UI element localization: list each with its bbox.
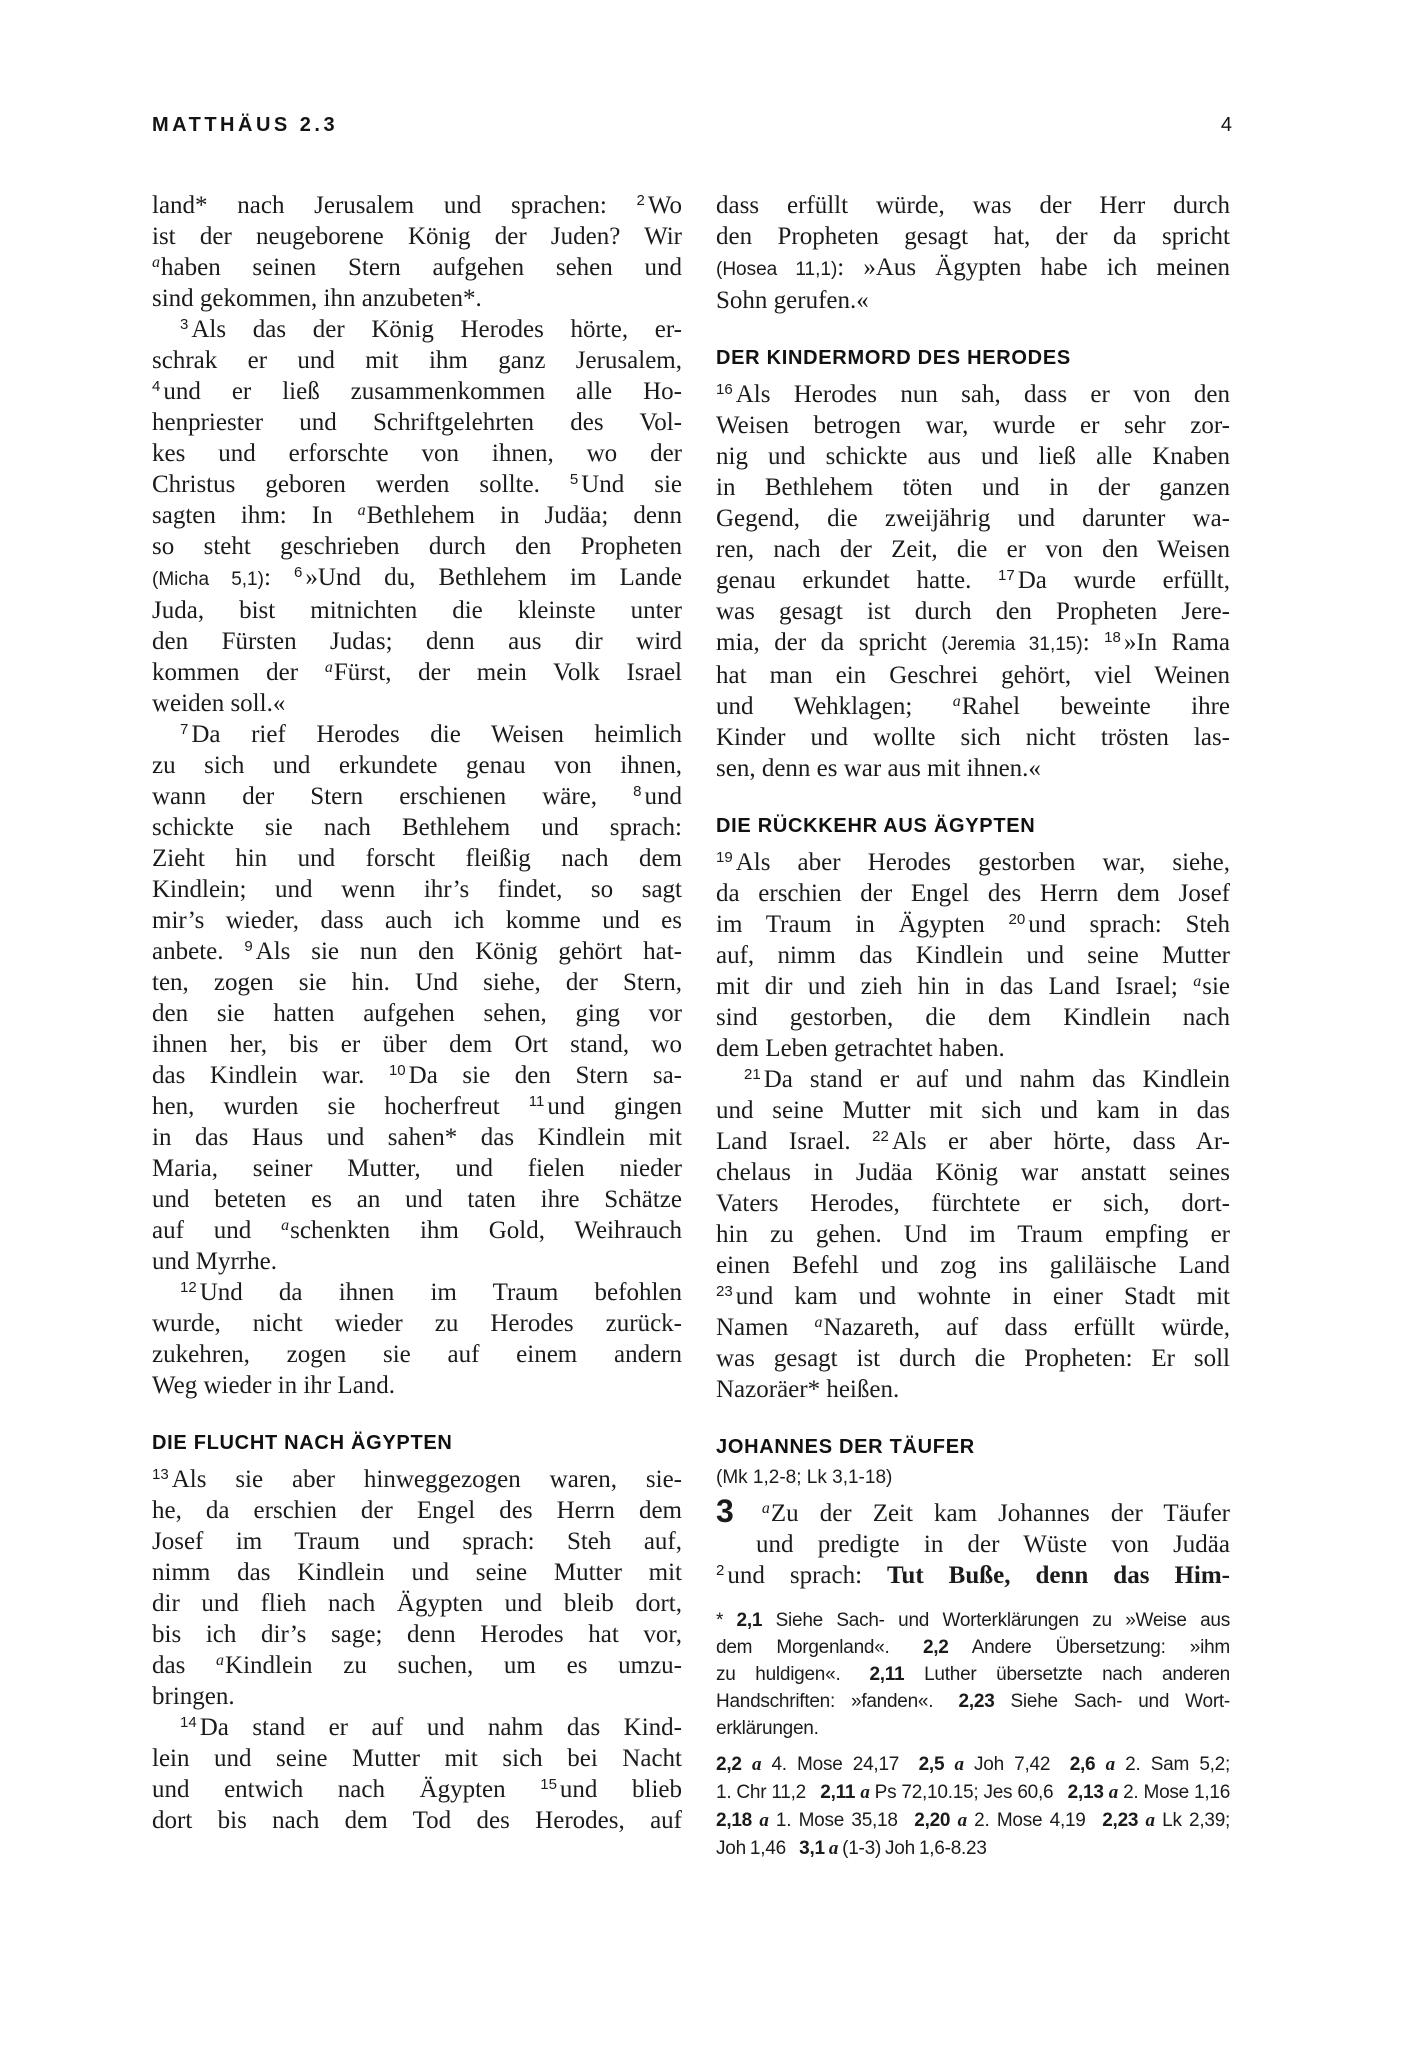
right-column: dass erfüllt würde, was der Herr durchde…	[716, 190, 1230, 1863]
text-line: da erschien der Engel des Herrn dem Jose…	[716, 878, 1230, 909]
text-line: dass erfüllt würde, was der Herr durch	[716, 190, 1230, 221]
scripture-reference: (Jeremia 31,15)	[941, 634, 1082, 655]
text-line: Namen aNazareth, auf dass erfüllt würde,	[716, 1312, 1230, 1343]
text-line: 7Da rief Herodes die Weisen heimlich	[152, 719, 682, 750]
text-line: zu huldigen«. 2,11 Luther übersetzte nac…	[716, 1661, 1230, 1688]
crossref-letter: a	[955, 1754, 964, 1775]
text-line: und Myrrhe.	[152, 1246, 682, 1277]
text-line: auf und aschenkten ihm Gold, Weihrauch	[152, 1215, 682, 1246]
text-line: Zieht hin und forscht fleißig nach dem	[152, 843, 682, 874]
text-line: Land Israel. 22Als er aber hörte, dass A…	[716, 1126, 1230, 1157]
text-line: ten, zogen sie hin. Und siehe, der Stern…	[152, 967, 682, 998]
text-line: hat man ein Geschrei gehört, viel Weinen	[716, 660, 1230, 691]
footnotes-block: * 2,1 Siehe Sach- und Worterklärungen zu…	[716, 1607, 1230, 1742]
verse-number: 6	[294, 564, 302, 581]
verse-number: 14	[180, 1714, 197, 1731]
crossref-letter: a	[958, 1810, 967, 1831]
text-line: ahaben seinen Stern aufgehen sehen und	[152, 252, 682, 283]
verse-number: 12	[180, 1279, 197, 1296]
section-heading: DIE RÜCKKEHR AUS ÄGYPTEN	[716, 814, 1230, 838]
text-line: den Propheten gesagt hat, der da spricht	[716, 221, 1230, 252]
text-line: mir’s wieder, dass auch ich komme und es	[152, 905, 682, 936]
text-line: kommen der aFürst, der mein Volk Israel	[152, 657, 682, 688]
verse-number: 10	[389, 1062, 406, 1079]
text-line: dir und flieh nach Ägypten und bleib dor…	[152, 1588, 682, 1619]
text-line: 23und kam und wohnte in einer Stadt mit	[716, 1281, 1230, 1312]
text-line: ren, nach der Zeit, die er von den Weise…	[716, 534, 1230, 565]
crossref-letter: a	[759, 1810, 768, 1831]
text-line: den sie hatten aufgehen sehen, ging vor	[152, 998, 682, 1029]
crossref-letter: a	[1146, 1810, 1155, 1831]
text-line: Sohn gerufen.«	[716, 285, 1230, 316]
crossref-letter: a	[325, 659, 333, 676]
verse-number: 16	[716, 381, 733, 398]
text-line: dem Leben getrachtet haben.	[716, 1033, 1230, 1064]
text-line: 3Als das der König Herodes hörte, er-	[152, 314, 682, 345]
text-line: * 2,1 Siehe Sach- und Worterklärungen zu…	[716, 1607, 1230, 1634]
text-line: 4und er ließ zusammenkommen alle Ho-	[152, 376, 682, 407]
text-line: nimm das Kindlein und seine Mutter mit	[152, 1557, 682, 1588]
verse-paragraph: 14Da stand er auf und nahm das Kind-lein…	[152, 1712, 682, 1836]
section-heading: DIE FLUCHT NACH ÄGYPTEN	[152, 1431, 682, 1455]
verse-paragraph: 16Als Herodes nun sah, dass er von denWe…	[716, 379, 1230, 784]
chapter-paragraph: 3 aZu der Zeit kam Johannes der Täuferun…	[716, 1498, 1230, 1591]
verse-paragraph: 13Als sie aber hinweggezogen waren, sie-…	[152, 1464, 682, 1712]
text-line: und predigte in der Wüste von Judäa	[716, 1529, 1230, 1560]
verse-number: 20	[1009, 911, 1026, 928]
text-line: henpriester und Schriftgelehrten des Vol…	[152, 407, 682, 438]
text-line: bis ich dir’s sage; denn Herodes hat vor…	[152, 1619, 682, 1650]
verse-number: 2	[637, 192, 645, 209]
text-line: den Fürsten Judas; denn aus dir wird	[152, 626, 682, 657]
text-line: anbete. 9Als sie nun den König gehört ha…	[152, 936, 682, 967]
text-line: hin zu gehen. Und im Traum empfing er	[716, 1219, 1230, 1250]
verse-number: 23	[716, 1283, 733, 1300]
crossref-letter: a	[152, 254, 160, 271]
text-line: chelaus in Judäa König war anstatt seine…	[716, 1157, 1230, 1188]
crossref-letter: a	[358, 502, 366, 519]
page-number: 4	[1221, 112, 1232, 138]
verse-number: 19	[716, 849, 733, 866]
text-line: land* nach Jerusalem und sprachen: 2Wo	[152, 190, 682, 221]
verse-number: 18	[1104, 629, 1121, 646]
crossref-letter: a	[815, 1314, 823, 1331]
running-head: MATTHÄUS 2.3	[152, 112, 338, 138]
text-line: 1. Chr 11,2 2,11 a Ps 72,10.15; Jes 60,6…	[716, 1779, 1230, 1807]
text-line: kes und erforschte von ihnen, wo der	[152, 438, 682, 469]
text-line: einen Befehl und zog ins galiläische Lan…	[716, 1250, 1230, 1281]
scripture-reference: (Micha 5,1)	[152, 569, 264, 590]
text-line: genau erkundet hatte. 17Da wurde erfüllt…	[716, 565, 1230, 596]
text-line: was gesagt ist durch die Propheten: Er s…	[716, 1343, 1230, 1374]
text-line: 3 aZu der Zeit kam Johannes der Täufer	[716, 1498, 1230, 1529]
left-column: land* nach Jerusalem und sprachen: 2Wois…	[152, 190, 682, 1863]
verse-paragraph: 7Da rief Herodes die Weisen heimlichzu s…	[152, 719, 682, 1277]
text-line: Kindlein; und wenn ihr’s findet, so sagt	[152, 874, 682, 905]
text-line: sind gestorben, die dem Kindlein nach	[716, 1002, 1230, 1033]
verse-number: 13	[152, 1466, 169, 1483]
text-line: 2,2 a 4. Mose 24,17 2,5 a Joh 7,42 2,6 a…	[716, 1751, 1230, 1779]
verse-number: 22	[872, 1128, 889, 1145]
crossref-letter: a	[752, 1754, 761, 1775]
text-line: zu sich und erkundete genau von ihnen,	[152, 750, 682, 781]
text-line: mia, der da spricht (Jeremia 31,15): 18»…	[716, 627, 1230, 660]
text-line: wann der Stern erschienen wäre, 8und	[152, 781, 682, 812]
verse-number: 17	[998, 567, 1015, 584]
text-line: Gegend, die zweijährig und darunter wa-	[716, 503, 1230, 534]
text-line: schickte sie nach Bethlehem und sprach:	[152, 812, 682, 843]
text-line: Christus geboren werden sollte. 5Und sie	[152, 469, 682, 500]
text-line: sagten ihm: In aBethlehem in Judäa; denn	[152, 500, 682, 531]
text-line: ihnen her, bis er über dem Ort stand, wo	[152, 1029, 682, 1060]
crossref-letter: a	[1193, 973, 1201, 990]
text-line: und entwich nach Ägypten 15und blieb	[152, 1774, 682, 1805]
parallel-passages: (Mk 1,2-8; Lk 3,1-18)	[716, 1466, 1230, 1490]
text-line: (Micha 5,1): 6»Und du, Bethlehem im Land…	[152, 562, 682, 595]
text-line: Josef im Traum und sprach: Steh auf,	[152, 1526, 682, 1557]
verse-number: 21	[744, 1066, 761, 1083]
scripture-reference: (Hosea 11,1)	[716, 259, 837, 280]
cross-references-block: 2,2 a 4. Mose 24,17 2,5 a Joh 7,42 2,6 a…	[716, 1751, 1230, 1863]
text-line: dem Morgenland«. 2,2 Andere Übersetzung:…	[716, 1634, 1230, 1661]
text-line: ist der neugeborene König der Juden? Wir	[152, 221, 682, 252]
text-line: das aKindlein zu suchen, um es umzu-	[152, 1650, 682, 1681]
crossref-letter: a	[860, 1782, 869, 1803]
crossref-letter: a	[216, 1652, 224, 1669]
text-line: weiden soll.«	[152, 688, 682, 719]
text-line: 21Da stand er auf und nahm das Kindlein	[716, 1064, 1230, 1095]
crossref-letter: a	[829, 1838, 838, 1859]
text-line: hen, wurden sie hocherfreut 11und gingen	[152, 1091, 682, 1122]
crossref-letter: a	[1109, 1782, 1118, 1803]
text-line: was gesagt ist durch den Propheten Jere-	[716, 596, 1230, 627]
text-line: in das Haus und sahen* das Kindlein mit	[152, 1122, 682, 1153]
crossref-letter: a	[281, 1217, 289, 1234]
text-line: 13Als sie aber hinweggezogen waren, sie-	[152, 1464, 682, 1495]
text-line: sen, denn es war aus mit ihnen.«	[716, 753, 1230, 784]
crossref-letter: a	[1106, 1754, 1115, 1775]
crossref-letter: a	[953, 693, 961, 710]
section-heading: JOHANNES DER TÄUFER	[716, 1435, 1230, 1459]
page-header: MATTHÄUS 2.3 4	[152, 112, 1232, 138]
chapter-number: 3	[716, 1493, 734, 1529]
verse-paragraph: 3Als das der König Herodes hörte, er-sch…	[152, 314, 682, 719]
text-line: Juda, bist mitnichten die kleinste unter	[152, 595, 682, 626]
text-line: Kinder und wollte sich nicht trösten las…	[716, 722, 1230, 753]
text-line: he, da erschien der Engel des Herrn dem	[152, 1495, 682, 1526]
verse-number: 4	[152, 378, 160, 395]
verse-number: 7	[180, 721, 188, 738]
text-line: mit dir und zieh hin in das Land Israel;…	[716, 971, 1230, 1002]
text-line: Handschriften: »fanden«. 2,23 Siehe Sach…	[716, 1688, 1230, 1715]
text-line: nig und schickte aus und ließ alle Knabe…	[716, 441, 1230, 472]
verse-paragraph: 12Und da ihnen im Traum befohlenwurde, n…	[152, 1277, 682, 1401]
text-line: sind gekommen, ihn anzubeten*.	[152, 283, 682, 314]
verse-number: 8	[633, 783, 641, 800]
text-line: 19Als aber Herodes gestorben war, siehe,	[716, 847, 1230, 878]
text-line: Vaters Herodes, fürchtete er sich, dort-	[716, 1188, 1230, 1219]
text-line: Joh 1,46 3,1 a (1-3) Joh 1,6-8.23	[716, 1835, 1230, 1863]
text-line: schrak er und mit ihm ganz Jerusalem,	[152, 345, 682, 376]
text-line: dort bis nach dem Tod des Herodes, auf	[152, 1805, 682, 1836]
text-line: lein und seine Mutter mit sich bei Nacht	[152, 1743, 682, 1774]
text-line: und seine Mutter mit sich und kam in das	[716, 1095, 1230, 1126]
text-line: Nazoräer* heißen.	[716, 1374, 1230, 1405]
text-line: das Kindlein war. 10Da sie den Stern sa-	[152, 1060, 682, 1091]
section-heading: DER KINDERMORD DES HERODES	[716, 346, 1230, 370]
text-line: (Hosea 11,1): »Aus Ägypten habe ich mein…	[716, 252, 1230, 285]
text-line: 2,18 a 1. Mose 35,18 2,20 a 2. Mose 4,19…	[716, 1807, 1230, 1835]
text-line: 16Als Herodes nun sah, dass er von den	[716, 379, 1230, 410]
text-line: wurde, nicht wieder zu Herodes zurück-	[152, 1308, 682, 1339]
verse-number: 2	[716, 1562, 724, 1579]
text-line: Maria, seiner Mutter, und fielen nieder	[152, 1153, 682, 1184]
crossref-letter: a	[762, 1500, 770, 1517]
text-line: auf, nimm das Kindlein und seine Mutter	[716, 940, 1230, 971]
text-line: 14Da stand er auf und nahm das Kind-	[152, 1712, 682, 1743]
verse-number: 5	[570, 471, 578, 488]
text-line: bringen.	[152, 1681, 682, 1712]
verse-number: 3	[180, 316, 188, 333]
text-line: 12Und da ihnen im Traum befohlen	[152, 1277, 682, 1308]
text-line: und Wehklagen; aRahel beweinte ihre	[716, 691, 1230, 722]
text-columns: land* nach Jerusalem und sprachen: 2Wois…	[152, 190, 1232, 1863]
bible-page: MATTHÄUS 2.3 4 land* nach Jerusalem und …	[0, 0, 1404, 2050]
text-line: Weisen betrogen war, wurde er sehr zor-	[716, 410, 1230, 441]
text-line: im Traum in Ägypten 20und sprach: Steh	[716, 909, 1230, 940]
text-line: so steht geschrieben durch den Propheten	[152, 531, 682, 562]
text-line: und beteten es an und taten ihre Schätze	[152, 1184, 682, 1215]
text-line: 2und sprach: Tut Buße, denn das Him-	[716, 1560, 1230, 1591]
verse-number: 9	[244, 938, 252, 955]
verse-paragraph: dass erfüllt würde, was der Herr durchde…	[716, 190, 1230, 316]
verse-paragraph: 21Da stand er auf und nahm das Kindleinu…	[716, 1064, 1230, 1405]
verse-paragraph: 19Als aber Herodes gestorben war, siehe,…	[716, 847, 1230, 1064]
verse-number: 15	[540, 1776, 557, 1793]
text-line: zukehren, zogen sie auf einem andern	[152, 1339, 682, 1370]
verse-paragraph: land* nach Jerusalem und sprachen: 2Wois…	[152, 190, 682, 314]
verse-number: 11	[529, 1093, 545, 1110]
text-line: Weg wieder in ihr Land.	[152, 1370, 682, 1401]
text-line: erklärungen.	[716, 1715, 1230, 1742]
text-line: in Bethlehem töten und in der ganzen	[716, 472, 1230, 503]
